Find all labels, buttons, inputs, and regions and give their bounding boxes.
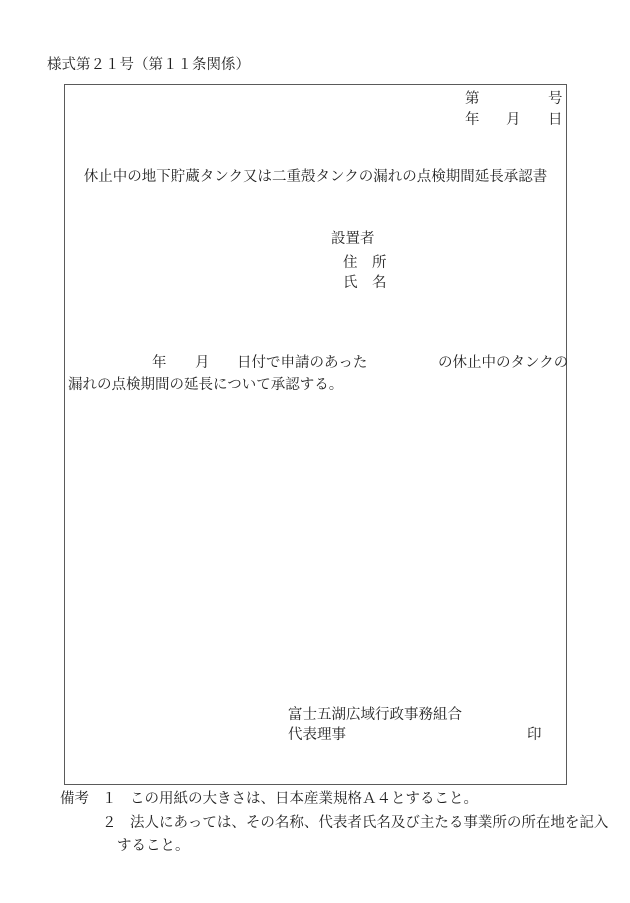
body-month-label: 月 (195, 355, 210, 372)
applicant-name-label: 氏 名 (343, 275, 387, 292)
date-month-label: 月 (506, 112, 521, 129)
document-frame (64, 84, 567, 785)
issuer-organization: 富士五湖広域行政事務組合 (288, 707, 462, 724)
note-2-continuation: すること。 (117, 838, 190, 855)
body-year-label: 年 (152, 355, 167, 372)
doc-number-prefix: 第 (465, 91, 480, 108)
date-year-label: 年 (465, 112, 480, 129)
document-page: 様式第２１号（第１１条関係） 第 号 年 月 日 休止中の地下貯蔵タンク又は二重… (0, 0, 630, 903)
issuer-representative: 代表理事 (288, 727, 346, 744)
date-day-label: 日 (548, 112, 563, 129)
form-number-label: 様式第２１号（第１１条関係） (47, 57, 250, 74)
notes-heading: 備考 (60, 791, 89, 808)
applicant-heading: 設置者 (331, 231, 375, 248)
body-day-phrase: 日付で申請のあった (237, 355, 367, 372)
body-tail-phrase: の休止中のタンクの (438, 355, 568, 372)
document-title: 休止中の地下貯蔵タンク又は二重殻タンクの漏れの点検期間延長承認書 (64, 169, 567, 186)
seal-placeholder: 印 (527, 727, 542, 744)
note-1-number: １ (102, 791, 117, 808)
note-2-number: ２ (102, 815, 117, 832)
doc-number-suffix: 号 (548, 91, 563, 108)
note-1-text: この用紙の大きさは、日本産業規格Ａ４とすること。 (130, 791, 478, 808)
body-approval-sentence: 漏れの点検期間の延長について承認する。 (68, 377, 343, 394)
applicant-address-label: 住 所 (343, 255, 387, 272)
note-2-text: 法人にあっては、その名称、代表者氏名及び主たる事業所の所在地を記入 (130, 815, 608, 832)
